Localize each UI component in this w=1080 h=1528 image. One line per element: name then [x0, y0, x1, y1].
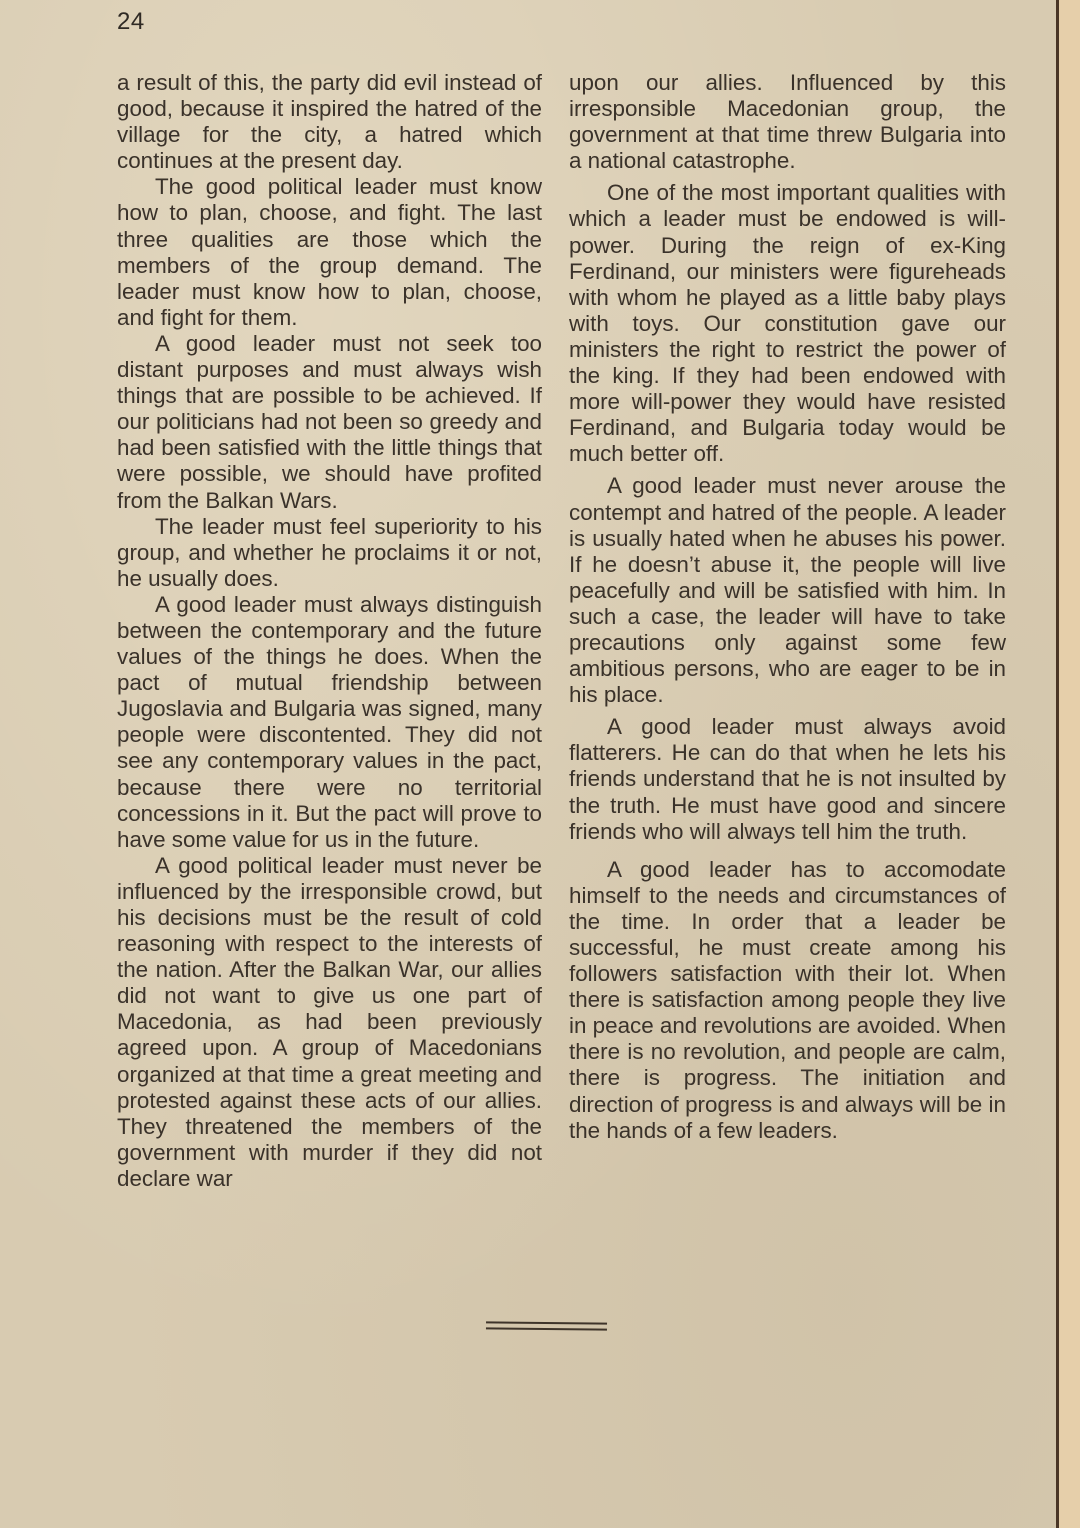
paragraph: a result of this, the party did evil ins… — [117, 70, 542, 174]
paragraph: One of the most important qualities with… — [569, 180, 1006, 467]
page-number: 24 — [117, 8, 145, 36]
paragraph: The good political leader must know how … — [117, 174, 542, 331]
paragraph: A good leader must never arouse the cont… — [569, 473, 1006, 708]
paragraph: A good leader must always distinguish be… — [117, 592, 542, 853]
document-page: 24 a result of this, the party did evil … — [0, 0, 1059, 1528]
left-column: a result of this, the party did evil ins… — [117, 70, 542, 1192]
end-of-article-double-rule — [486, 1321, 607, 1330]
paragraph: upon our allies. Influenced by this irre… — [569, 70, 1006, 174]
paragraph: A good leader has to accomodate himself … — [569, 857, 1006, 1144]
right-column: upon our allies. Influenced by this irre… — [569, 70, 1006, 1144]
paragraph: The leader must feel superiority to his … — [117, 514, 542, 592]
paragraph: A good leader must not seek too distant … — [117, 331, 542, 514]
paragraph: A good political leader must never be in… — [117, 853, 542, 1192]
paragraph: A good leader must always avoid flattere… — [569, 714, 1006, 844]
